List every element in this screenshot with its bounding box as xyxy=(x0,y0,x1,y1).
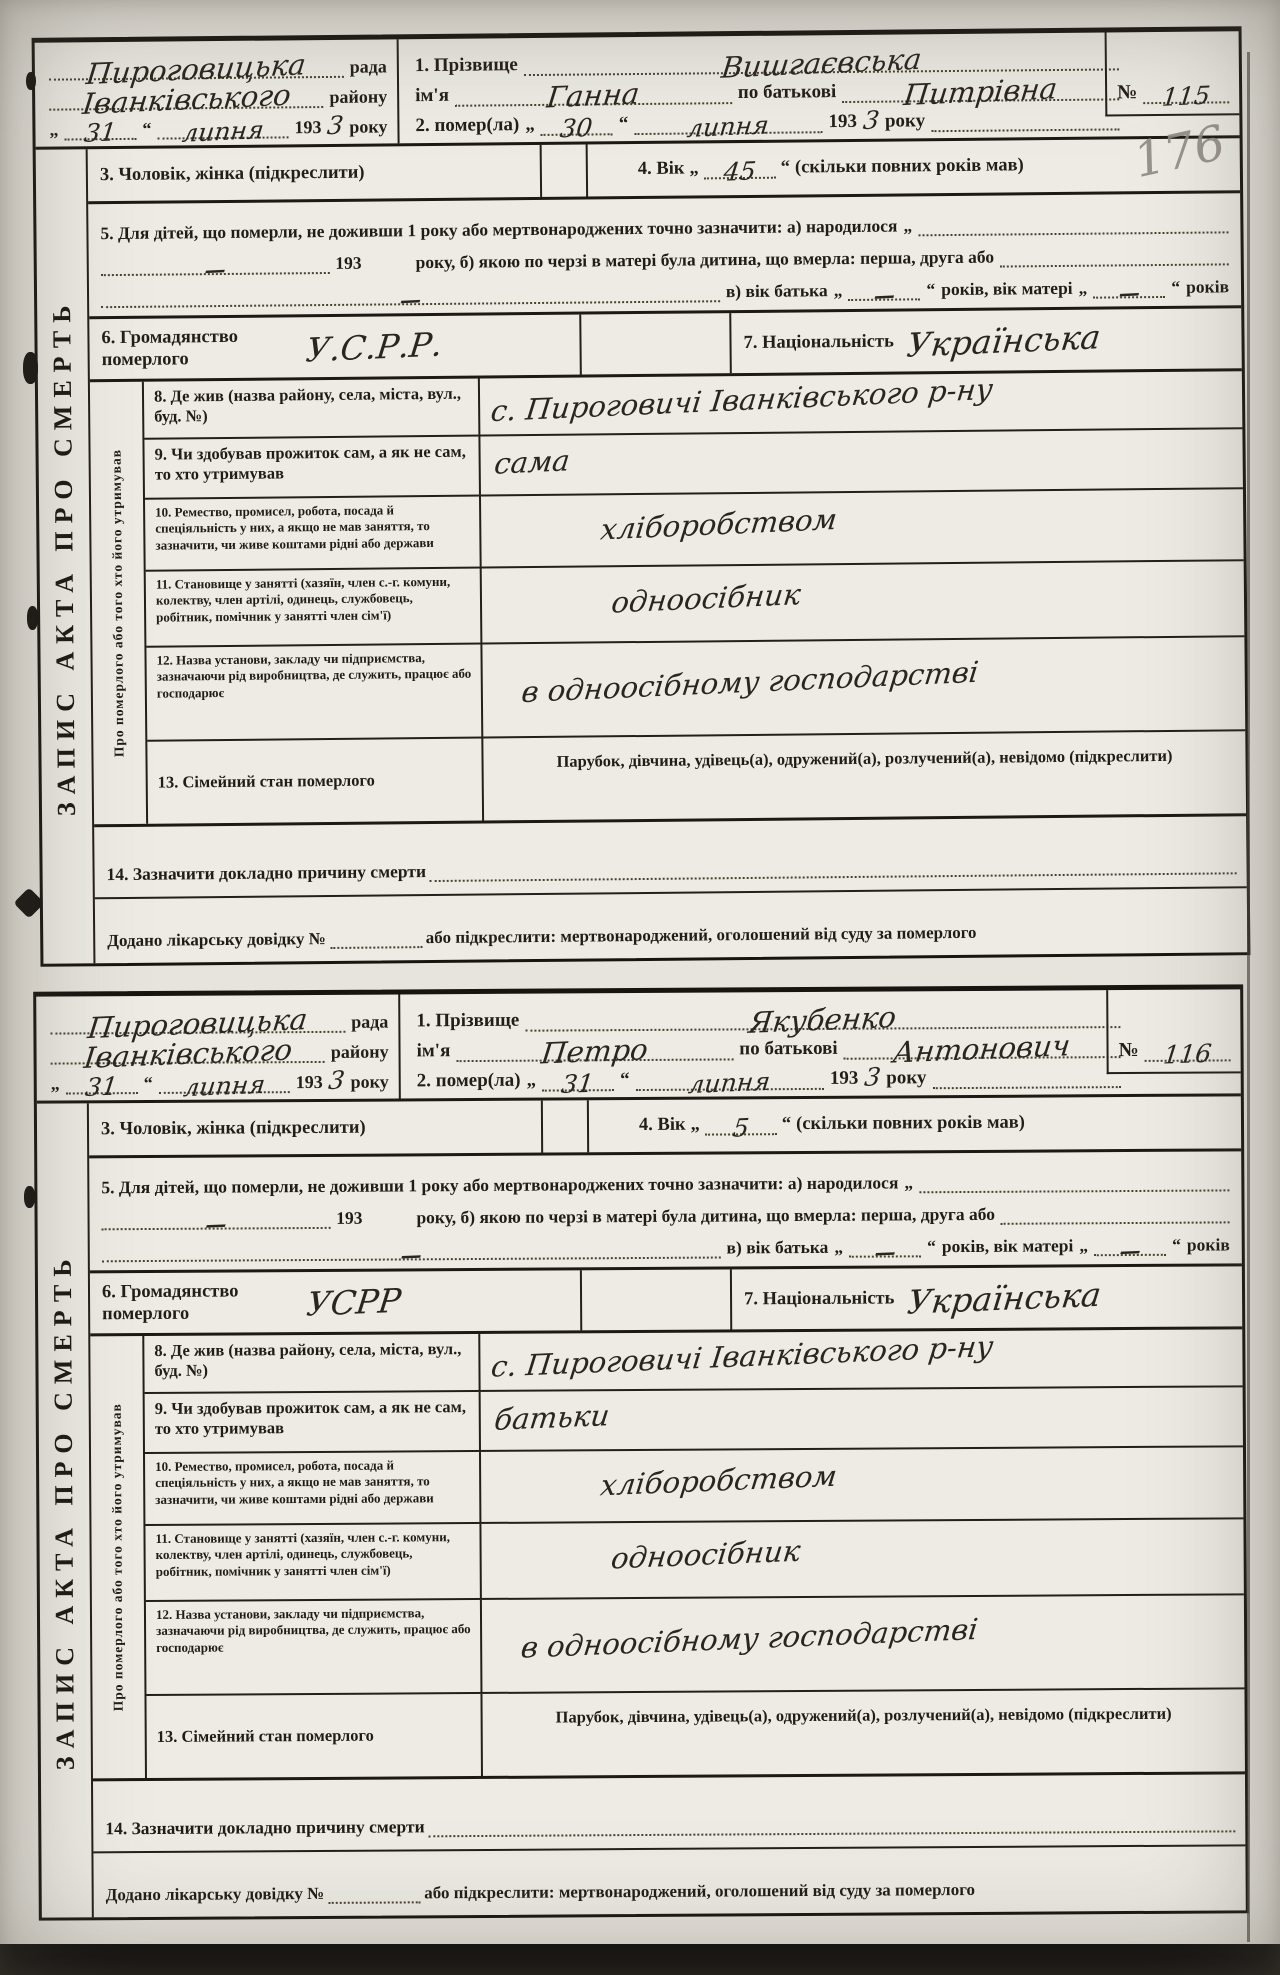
livelihood-row: 9. Чи здобував прожиток сам, а як не сам… xyxy=(144,429,1243,500)
spacer-cell xyxy=(540,145,586,197)
death-month-fill: липня xyxy=(634,113,822,135)
marital-status-row: 13. Сімейний стан померлого Парубок, дів… xyxy=(147,731,1246,824)
age-suffix-label: (скільки повних років мав) xyxy=(795,155,1024,178)
dash-mark: — xyxy=(1118,282,1141,304)
quote-open: „ xyxy=(525,114,535,136)
record-number-handwritten: 116 xyxy=(1162,1041,1213,1068)
marital-status-options: Парубок, дівчина, удівець(а), одружений(… xyxy=(482,1689,1244,1776)
institution-answer-cell: в одноосібному господарстві xyxy=(482,1595,1245,1692)
death-day-handwritten: 31 xyxy=(561,1071,596,1097)
form-vertical-title: ЗАПИС АКТА ПРО СМЕРТЬ xyxy=(47,297,82,816)
scan-artifact xyxy=(26,72,36,90)
died-label: 2. помер(ла) xyxy=(417,1070,521,1093)
spacer-cell xyxy=(579,313,732,374)
mother-age-label: років, вік матері xyxy=(942,1235,1074,1257)
livelihood-handwritten: сама xyxy=(493,446,572,478)
occupation-row: 10. Ремество, промисел, робота, посада й… xyxy=(145,489,1244,572)
district-name-handwritten: Іванківського xyxy=(82,1036,293,1074)
questions-block: Про померлого або того хто його утримува… xyxy=(90,371,1246,827)
about-deceased-cell: Про померлого або того хто його утримува… xyxy=(90,1336,147,1778)
scan-artifact xyxy=(27,606,38,630)
citizenship-nationality-row: 6. Громадянство померлого У.С.Р.Р. 7. На… xyxy=(89,308,1242,382)
name-handwritten: Ганна xyxy=(546,79,642,112)
livelihood-question: 9. Чи здобував прожиток сам, а як не сам… xyxy=(144,437,481,498)
scan-artifact xyxy=(23,352,38,384)
infant-blank-4: — xyxy=(102,1243,721,1263)
record-number-box: № 116 xyxy=(1106,989,1241,1074)
patronymic-label: по батькові xyxy=(739,1038,837,1061)
residence-answer-cell: с. Пироговичі Іванківського р-ну xyxy=(480,371,1243,434)
form-body: ЗАПИС АКТА ПРО СМЕРТЬ 3. Чоловік, жінка … xyxy=(36,138,1248,964)
reg-year-digit-handwritten: 3 xyxy=(326,113,345,139)
age-fill: 5 xyxy=(705,1115,777,1135)
patronymic-handwritten: Антонович xyxy=(892,1031,1072,1067)
citizenship-label-a: 6. Громадянство xyxy=(101,327,238,348)
name-handwritten: Петро xyxy=(540,1035,650,1068)
quote-close: “ xyxy=(619,113,629,135)
roku-label: року xyxy=(885,110,925,132)
quote-open: „ xyxy=(1079,278,1088,299)
quote-close: “ xyxy=(781,157,790,178)
quote-open: „ xyxy=(834,280,843,301)
sex-question-label: 3. Чоловік, жінка (підкреслити) xyxy=(88,160,540,185)
nationality-handwritten: Українська xyxy=(906,320,1103,362)
form-content: 3. Чоловік, жінка (підкреслити) 4. Вік „… xyxy=(88,138,1248,963)
status-handwritten: одноосібник xyxy=(609,1537,801,1574)
residence-handwritten: с. Пироговичі Іванківського р-ну xyxy=(490,1332,995,1382)
age-handwritten: 5 xyxy=(731,1115,750,1141)
certificate-footer-row: Додано лікарську довідку № або підкресли… xyxy=(95,888,1248,963)
name-fill: Ганна xyxy=(455,80,732,107)
surname-label: 1. Прізвище xyxy=(416,1010,519,1033)
page-edge-shadow xyxy=(1247,52,1250,1942)
quote-close: “ xyxy=(782,1114,791,1135)
record-number-box: № 115 xyxy=(1105,31,1240,116)
cause-of-death-blank xyxy=(430,872,1237,882)
questions-block: Про померлого або того хто його утримува… xyxy=(90,1329,1245,1781)
council-suffix-label: рада xyxy=(351,1012,388,1033)
infant-year-prefix: 193 xyxy=(335,253,361,274)
scan-artifact xyxy=(24,1186,35,1208)
patronymic-handwritten: Питрівна xyxy=(902,74,1059,110)
occupation-question: 10. Ремество, промисел, робота, посада й… xyxy=(145,1452,481,1524)
marital-status-options: Парубок, дівчина, удівець(а), одружений(… xyxy=(483,731,1246,820)
infant-blank-4: — xyxy=(101,286,720,308)
cause-of-death-blank xyxy=(429,1830,1236,1837)
years-label: років xyxy=(1187,1234,1230,1255)
quote-close: “ xyxy=(144,1073,153,1094)
spacer-cell xyxy=(580,1269,732,1330)
left-title-strip: ЗАПИС АКТА ПРО СМЕРТЬ xyxy=(37,1103,94,1917)
sex-age-row: 3. Чоловік, жінка (підкреслити) 4. Вік „… xyxy=(89,1096,1241,1158)
certificate-suffix-label: або підкреслити: мертвонароджений, оголо… xyxy=(424,1880,975,1903)
certificate-suffix-label: або підкреслити: мертвонароджений, оголо… xyxy=(426,923,977,948)
occupation-answer-cell: хліборобством xyxy=(481,1447,1243,1522)
occupation-handwritten: хліборобством xyxy=(599,1462,839,1501)
mother-age-blank: — xyxy=(1094,1240,1166,1256)
question-rows: 8. Де жив (назва району, села, міста, ву… xyxy=(144,1329,1245,1778)
father-age-blank: — xyxy=(848,284,920,301)
status-question: 11. Становище у занятті (хазяїн, член с.… xyxy=(146,569,483,646)
death-year-digit-handwritten: 3 xyxy=(863,1064,882,1090)
quote-open: „ xyxy=(691,1114,700,1135)
died-label: 2. помер(ла) xyxy=(415,114,519,137)
year-prefix-label: 193 xyxy=(294,117,321,138)
cause-of-death-row: 14. Зазначити докладно причину смерти xyxy=(94,816,1247,899)
about-deceased-cell: Про померлого або того хто його утримува… xyxy=(90,382,148,824)
scanned-page: Пироговицька рада Іванківського району „… xyxy=(0,0,1280,1975)
father-age-label: в) вік батька xyxy=(726,1237,828,1259)
quote-close: “ xyxy=(1171,277,1180,298)
institution-row: 12. Назва установи, закладу чи підприємс… xyxy=(146,637,1245,742)
livelihood-answer-cell: батьки xyxy=(481,1387,1243,1450)
death-day-fill: 30 xyxy=(541,115,613,136)
reg-day-handwritten: 31 xyxy=(84,1074,119,1100)
residence-handwritten: с. Пироговичі Іванківського р-ну xyxy=(489,375,994,426)
dash-mark: — xyxy=(203,259,226,281)
reg-month-handwritten: липня xyxy=(182,1072,266,1100)
occupation-row: 10. Ремество, промисел, робота, посада й… xyxy=(145,1447,1243,1526)
father-age-blank: — xyxy=(849,1241,921,1257)
certificate-number-blank xyxy=(328,1901,420,1904)
citizenship-label: 6. Громадянство померлого xyxy=(101,325,286,371)
occupation-handwritten: хліборобством xyxy=(599,505,838,544)
occupation-answer-cell: хліборобством xyxy=(481,489,1244,566)
institution-question: 12. Назва установи, закладу чи підприємс… xyxy=(146,645,483,740)
nationality-handwritten: Українська xyxy=(906,1277,1103,1318)
quote-open: „ xyxy=(904,1172,913,1193)
citizenship-handwritten: УСРР xyxy=(305,1283,403,1320)
name-label: ім'я xyxy=(416,1040,450,1062)
citizenship-handwritten: У.С.Р.Р. xyxy=(304,327,444,366)
status-question: 11. Становище у занятті (хазяїн, член с.… xyxy=(145,1524,481,1600)
death-record-form: Пироговицька рада Іванківського району „… xyxy=(33,984,1249,1920)
number-sign: № xyxy=(1118,1039,1138,1062)
form-vertical-title: ЗАПИС АКТА ПРО СМЕРТЬ xyxy=(48,1251,81,1770)
quote-close: “ xyxy=(142,119,151,140)
left-title-strip: ЗАПИС АКТА ПРО СМЕРТЬ xyxy=(36,149,96,963)
death-day-fill: 31 xyxy=(542,1071,614,1091)
header-council-block: Пироговицька рада Іванківського району „… xyxy=(36,994,401,1100)
dash-mark: — xyxy=(399,1244,423,1266)
name-fill: Петро xyxy=(456,1036,733,1062)
years-label: років xyxy=(1186,276,1229,297)
district-suffix-label: району xyxy=(329,86,387,108)
cause-of-death-label: 14. Зазначити докладно причину смерти xyxy=(105,1816,425,1839)
status-answer-cell: одноосібник xyxy=(482,561,1245,642)
quote-close: “ xyxy=(620,1069,630,1091)
infant-blank-2: — xyxy=(102,1213,331,1230)
institution-handwritten: в одноосібному господарстві xyxy=(519,1615,979,1663)
quote-open: „ xyxy=(527,1070,537,1092)
age-cell: 4. Вік „ 5 “ (скільки повних років мав) xyxy=(633,1101,1241,1148)
district-suffix-label: району xyxy=(331,1042,389,1063)
patronymic-fill: Антонович xyxy=(844,1034,1121,1060)
dash-mark: — xyxy=(204,1213,228,1235)
reg-day-handwritten: 31 xyxy=(83,119,118,145)
certificate-footer-row: Додано лікарську довідку № або підкресли… xyxy=(93,1846,1245,1917)
quote-close: “ xyxy=(926,279,935,300)
nationality-cell: 7. Національність Українська xyxy=(731,308,1242,373)
reg-year-digit-handwritten: 3 xyxy=(327,1068,346,1094)
trailing-dots xyxy=(931,128,1119,132)
age-fill: 45 xyxy=(704,158,776,179)
sex-question-label: 3. Чоловік, жінка (підкреслити) xyxy=(89,1116,541,1140)
citizenship-cell: 6. Громадянство померлого У.С.Р.Р. xyxy=(89,315,580,380)
spacer-cell xyxy=(541,1100,587,1152)
residence-question: 8. Де жив (назва району, села, міста, ву… xyxy=(144,1334,480,1392)
year-prefix-label: 193 xyxy=(828,111,857,133)
nationality-cell: 7. Національність Українська xyxy=(732,1266,1242,1329)
roku-label: року xyxy=(349,116,387,137)
status-answer-cell: одноосібник xyxy=(481,1519,1243,1598)
about-deceased-vertical-label: Про померлого або того хто його утримува… xyxy=(108,1403,127,1711)
reg-month-line: липня xyxy=(159,1073,290,1094)
dash-mark: — xyxy=(1118,1240,1142,1262)
marital-status-question: 13. Сімейний стан померлого xyxy=(147,739,484,824)
record-number-handwritten: 115 xyxy=(1161,83,1212,110)
dash-mark: — xyxy=(873,284,896,306)
death-year-digit-handwritten: 3 xyxy=(862,107,881,133)
dash-mark: — xyxy=(873,1241,897,1263)
patronymic-fill: Питрівна xyxy=(842,76,1119,103)
quote-open: „ xyxy=(903,215,912,236)
infant-details-row: 5. Для дітей, що померли, не доживши 1 р… xyxy=(88,193,1241,319)
surname-label: 1. Прізвище xyxy=(415,54,518,77)
header-council-block: Пироговицька рада Іванківського району „… xyxy=(35,39,400,146)
spacer-cell xyxy=(586,144,632,196)
number-fill: 115 xyxy=(1143,83,1229,104)
residence-row: 8. Де жив (назва району, села, міста, ву… xyxy=(144,1329,1242,1394)
certificate-label: Додано лікарську довідку № xyxy=(106,1884,325,1905)
nationality-label: 7. Національність xyxy=(743,331,894,353)
citizenship-label-b: померлого xyxy=(102,1304,189,1325)
quote-open: „ xyxy=(49,120,58,141)
infant-year-prefix: 193 xyxy=(336,1208,362,1229)
reg-month-line: липня xyxy=(157,118,288,139)
roku-label: року xyxy=(351,1072,389,1093)
age-suffix-label: (скільки повних років мав) xyxy=(796,1112,1025,1134)
occupation-question: 10. Ремество, промисел, робота, посада й… xyxy=(145,497,482,570)
certificate-label: Додано лікарську довідку № xyxy=(107,929,326,951)
quote-open: „ xyxy=(51,1074,60,1095)
council-suffix-label: рада xyxy=(350,56,387,77)
form-content: 3. Чоловік, жінка (підкреслити) 4. Вік „… xyxy=(89,1096,1246,1917)
surname-fill: Якубенко xyxy=(525,1004,1120,1032)
livelihood-answer-cell: сама xyxy=(480,429,1243,494)
district-name-line: Іванківського xyxy=(49,84,323,111)
question-rows: 8. Де жив (назва району, села, міста, ву… xyxy=(144,371,1246,824)
institution-question: 12. Назва установи, закладу чи підприємс… xyxy=(146,1600,483,1694)
quote-close: “ xyxy=(927,1236,936,1257)
infant-details-row: 5. Для дітей, що померли, не доживши 1 р… xyxy=(89,1151,1242,1273)
quote-open: „ xyxy=(689,158,698,179)
council-line: Пироговицька рада xyxy=(50,1003,388,1035)
council-name-line: Пироговицька xyxy=(49,54,344,81)
death-month-fill: липня xyxy=(636,1070,824,1091)
surname-handwritten: Якубенко xyxy=(748,1003,898,1038)
institution-answer-cell: в одноосібному господарстві xyxy=(482,637,1245,736)
form-body: ЗАПИС АКТА ПРО СМЕРТЬ 3. Чоловік, жінка … xyxy=(37,1096,1246,1917)
institution-handwritten: в одноосібному господарстві xyxy=(520,658,980,707)
infant-text-b: року, б) якою по черзі в матері була дит… xyxy=(416,1204,995,1229)
surname-handwritten: Вишгаєвська xyxy=(720,45,923,83)
livelihood-row: 9. Чи здобував прожиток сам, а як не сам… xyxy=(145,1387,1243,1454)
livelihood-handwritten: батьки xyxy=(493,1401,611,1435)
mother-age-label: років, вік матері xyxy=(941,278,1073,300)
year-prefix-label: 193 xyxy=(830,1068,859,1090)
council-line: Пироговицька рада xyxy=(49,47,387,80)
year-prefix-label: 193 xyxy=(296,1072,323,1093)
district-name-line: Іванківського xyxy=(50,1039,324,1065)
citizenship-nationality-row: 6. Громадянство померлого УСРР 7. Націон… xyxy=(90,1266,1242,1336)
livelihood-question: 9. Чи здобував прожиток сам, а як не сам… xyxy=(145,1392,481,1452)
citizenship-label: 6. Громадянство померлого xyxy=(102,1280,287,1326)
mother-age-blank: — xyxy=(1093,282,1165,299)
status-row: 11. Становище у занятті (хазяїн, член с.… xyxy=(145,1519,1243,1602)
residence-row: 8. Де жив (назва району, села, міста, ву… xyxy=(144,371,1243,440)
roku-label: року xyxy=(886,1067,926,1089)
quote-open: „ xyxy=(834,1237,843,1258)
death-month-handwritten: липня xyxy=(686,112,770,141)
age-handwritten: 45 xyxy=(722,158,757,184)
citizenship-cell: 6. Громадянство померлого УСРР xyxy=(90,1270,580,1333)
marital-status-question: 13. Сімейний стан померлого xyxy=(146,1694,482,1778)
council-name-line: Пироговицька xyxy=(50,1009,345,1035)
spacer-cell xyxy=(587,1100,633,1152)
cause-of-death-label: 14. Зазначити докладно причину смерти xyxy=(107,861,427,885)
form-header: Пироговицька рада Іванківського району „… xyxy=(35,31,1240,150)
citizenship-label-b: померлого xyxy=(102,349,189,370)
reg-day-line: 31 xyxy=(64,120,136,141)
surname-line: 1. Прізвище Якубенко xyxy=(416,998,1120,1032)
patronymic-label: по батькові xyxy=(738,81,837,104)
residence-answer-cell: с. Пироговичі Іванківського р-ну xyxy=(480,1329,1242,1390)
number-sign: № xyxy=(1117,81,1137,104)
name-label: ім'я xyxy=(415,85,449,107)
status-handwritten: одноосібник xyxy=(610,580,802,617)
death-month-handwritten: липня xyxy=(687,1069,771,1097)
dash-mark: — xyxy=(399,289,422,311)
residence-question: 8. Де жив (назва району, села, міста, ву… xyxy=(144,379,481,438)
age-label: 4. Вік xyxy=(639,1114,686,1135)
quote-open: „ xyxy=(1079,1235,1088,1256)
quote-close: “ xyxy=(1172,1235,1181,1256)
cause-of-death-row: 14. Зазначити докладно причину смерти xyxy=(93,1774,1245,1853)
certificate-number-blank xyxy=(330,946,422,949)
death-day-handwritten: 30 xyxy=(559,115,594,141)
infant-blank-2: — xyxy=(101,258,330,276)
about-deceased-vertical-label: Про померлого або того хто його утримува… xyxy=(108,449,129,757)
father-age-label: в) вік батька xyxy=(726,280,828,302)
status-row: 11. Становище у занятті (хазяїн, член с.… xyxy=(146,561,1245,648)
reg-day-line: 31 xyxy=(66,1074,138,1094)
form-header: Пироговицька рада Іванківського району „… xyxy=(36,989,1241,1103)
scanner-bed-strip xyxy=(0,1944,1280,1975)
marital-status-row: 13. Сімейний стан померлого Парубок, дів… xyxy=(146,1689,1244,1778)
institution-row: 12. Назва установи, закладу чи підприємс… xyxy=(146,1595,1245,1696)
death-record-form: Пироговицька рада Іванківського району „… xyxy=(32,26,1251,967)
reg-month-handwritten: липня xyxy=(181,117,265,146)
age-label: 4. Вік xyxy=(638,158,685,179)
nationality-label: 7. Національність xyxy=(744,1288,894,1310)
citizenship-label-a: 6. Громадянство xyxy=(102,1281,239,1302)
trailing-dots xyxy=(933,1086,1121,1089)
number-fill: 116 xyxy=(1145,1041,1231,1062)
